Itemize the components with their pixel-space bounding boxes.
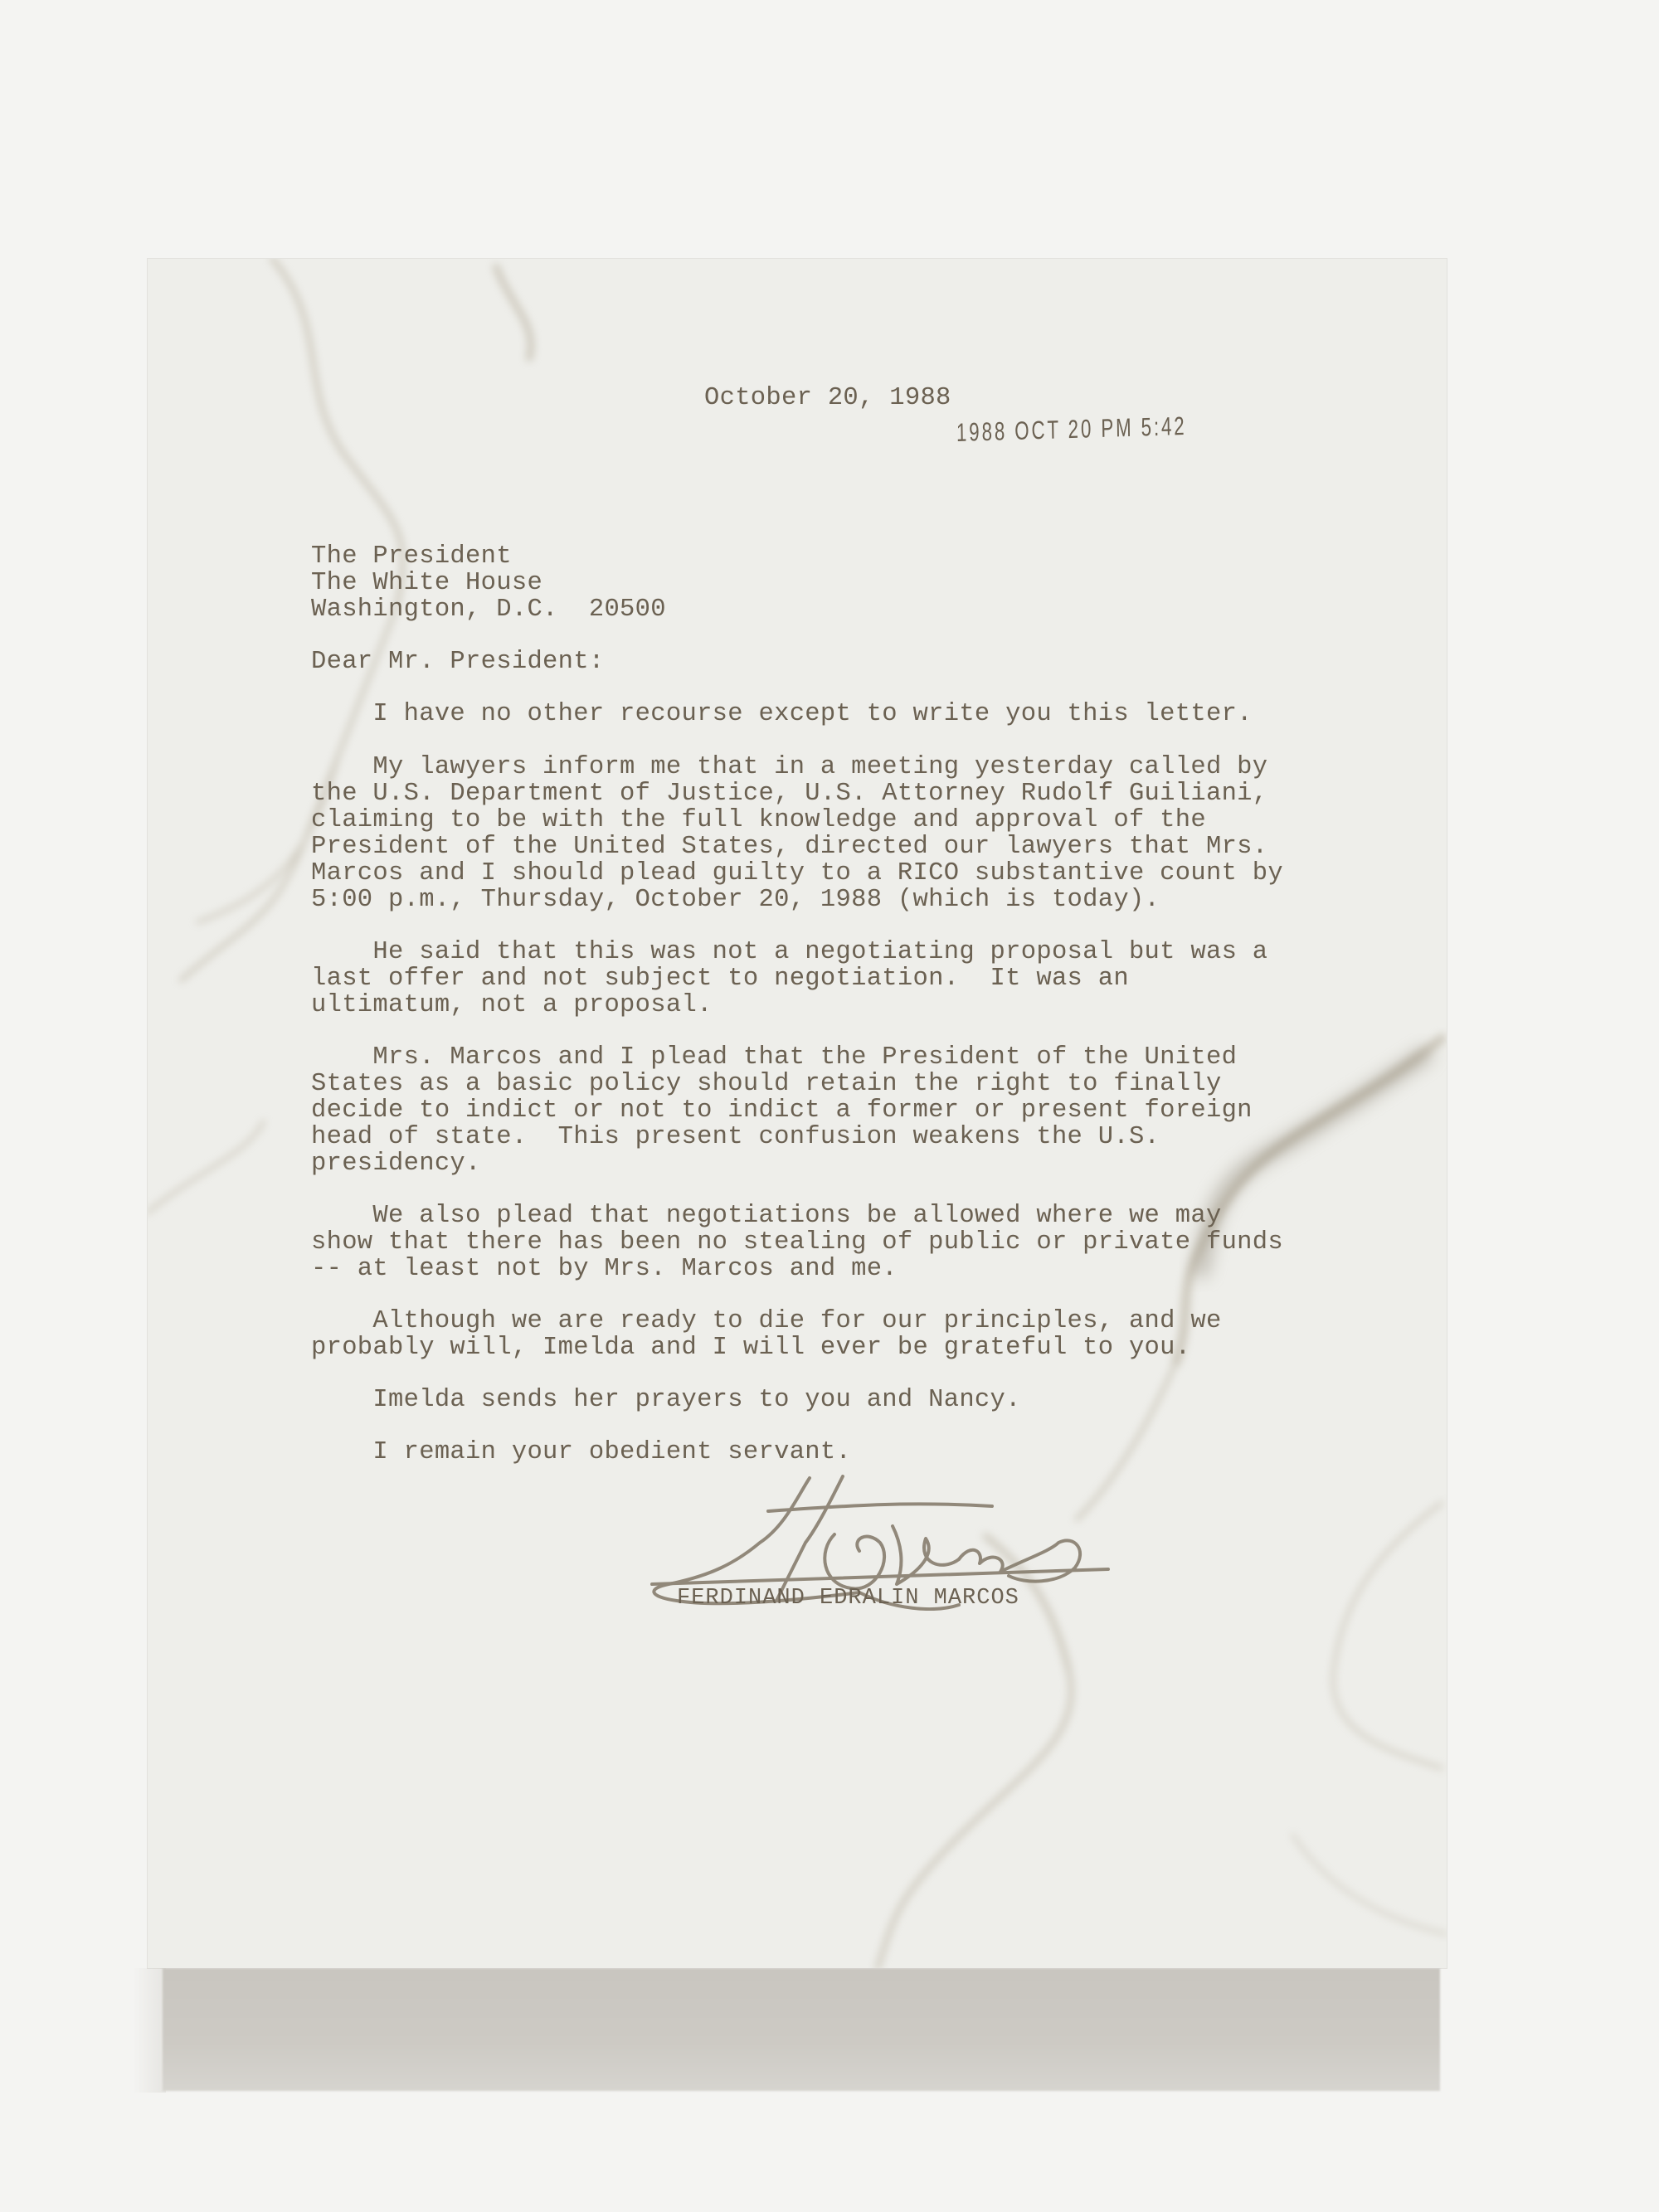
paragraph-5-line-3: -- at least not by Mrs. Marcos and me. [311,1256,898,1283]
paragraph-2-line-2: the U.S. Department of Justice, U.S. Att… [311,780,1267,808]
paragraph-6-line-1: Although we are ready to die for our pri… [311,1308,1222,1335]
paragraph-4-line-3: decide to indict or not to indict a form… [311,1097,1253,1125]
paragraph-4-line-5: presidency. [311,1150,481,1178]
marble-letter-panel: October 20, 1988 1988 OCT 20 PM 5:42 The… [148,259,1447,1968]
paragraph-6-line-2: probably will, Imelda and I will ever be… [311,1334,1190,1362]
received-timestamp-stamp: 1988 OCT 20 PM 5:42 [956,413,1187,447]
typed-letter: October 20, 1988 1988 OCT 20 PM 5:42 The… [148,259,1447,1968]
paragraph-3-line-2: last offer and not subject to negotiatio… [311,965,1129,993]
paragraph-2-line-1: My lawyers inform me that in a meeting y… [311,754,1267,781]
recipient-line-1: The President [311,543,512,571]
paragraph-2-line-4: President of the United States, directed… [311,834,1267,861]
signatory-name: FERDINAND EDRALIN MARCOS [677,1586,1019,1611]
paragraph-1-line-1: I have no other recourse except to write… [311,701,1253,728]
paragraph-2-line-6: 5:00 p.m., Thursday, October 20, 1988 (w… [311,887,1160,914]
paragraph-5-line-1: We also plead that negotiations be allow… [311,1203,1222,1230]
panel-edge-face [163,1968,1440,2091]
panel-shadow [133,1968,166,2093]
paragraph-2-line-5: Marcos and I should plead guilty to a RI… [311,860,1283,887]
letter-date: October 20, 1988 [704,385,951,412]
paragraph-5-line-2: show that there has been no stealing of … [311,1229,1283,1257]
paragraph-4-line-1: Mrs. Marcos and I plead that the Preside… [311,1044,1237,1072]
paragraph-4-line-2: States as a basic policy should retain t… [311,1071,1222,1098]
recipient-line-2: The White House [311,570,542,597]
paragraph-4-line-4: head of state. This present confusion we… [311,1124,1160,1151]
paragraph-3-line-3: ultimatum, not a proposal. [311,992,713,1019]
recipient-line-3: Washington, D.C. 20500 [311,596,666,624]
paragraph-3-line-1: He said that this was not a negotiating … [311,939,1267,966]
paragraph-2-line-3: claiming to be with the full knowledge a… [311,807,1206,834]
salutation: Dear Mr. President: [311,649,604,676]
paragraph-7-line-1: Imelda sends her prayers to you and Nanc… [311,1387,1021,1414]
